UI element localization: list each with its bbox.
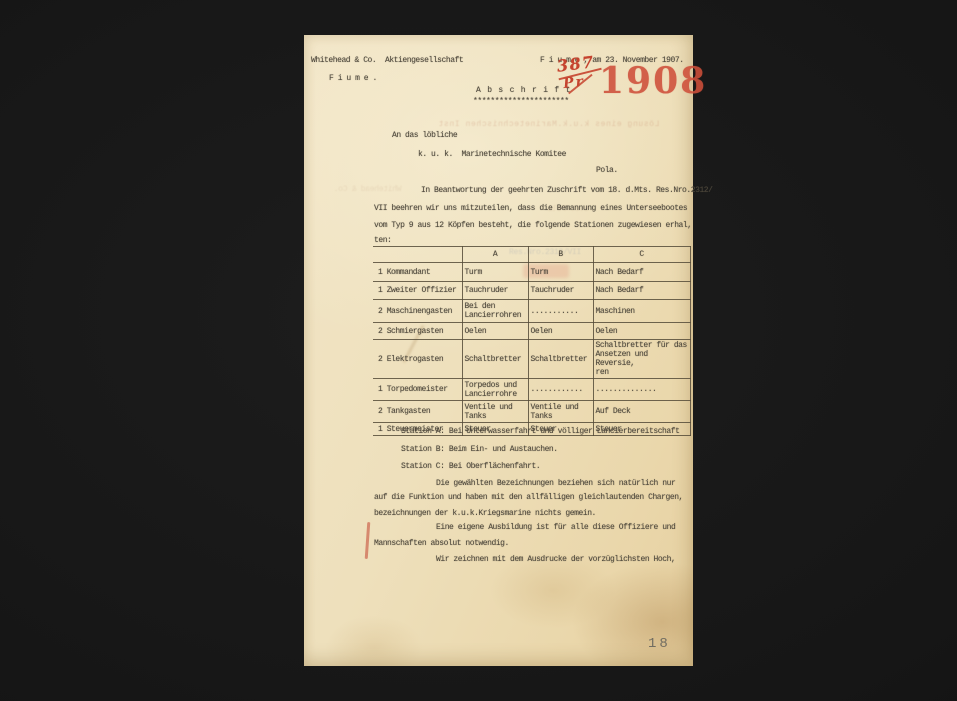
- cell-role: 2 Maschinengasten: [373, 300, 462, 323]
- closing-line: auf die Funktion und haben mit den allfä…: [374, 493, 683, 503]
- cell-a: Torpedos und Lancierrohre: [462, 379, 528, 401]
- station-legend-b: Station B: Beim Ein- und Austauchen.: [401, 445, 558, 455]
- recipient-line: k. u. k. Marinetechnische Komitee: [418, 150, 566, 160]
- crew-stations-table: A B C 1 Kommandant Turm Turm Nach Bedarf…: [373, 246, 691, 436]
- cell-c: ..............: [593, 379, 690, 401]
- table-row: 1 Zweiter Offizier Tauchruder Tauchruder…: [373, 282, 690, 300]
- body-line: vom Typ 9 aus 12 Köpfen besteht, die fol…: [374, 221, 692, 231]
- header-station-c: C: [593, 247, 690, 263]
- cell-b: Turm: [528, 263, 593, 282]
- cell-role: 1 Zweiter Offizier: [373, 282, 462, 300]
- registry-code: Pr: [562, 73, 603, 91]
- cell-c: Nach Bedarf: [593, 263, 690, 282]
- cell-a: Tauchruder: [462, 282, 528, 300]
- recipient-line: An das löbliche: [392, 131, 457, 141]
- table-header-row: A B C: [373, 247, 690, 263]
- body-line: VII beehren wir uns mitzuteilen, dass di…: [374, 204, 687, 214]
- station-legend-c: Station C: Bei Oberflächenfahrt.: [401, 462, 540, 472]
- closing-line: Mannschaften absolut notwendig.: [374, 539, 509, 549]
- company-name: Whitehead & Co. Aktiengesellschaft: [311, 56, 463, 66]
- red-margin-mark: [365, 522, 371, 559]
- closing-line: Eine eigene Ausbildung ist für alle dies…: [436, 523, 675, 533]
- cell-b: Ventile und Tanks: [528, 401, 593, 423]
- header-station-a: A: [462, 247, 528, 263]
- document-page: Whitehead & Co. Aktiengesellschaft F i u…: [304, 35, 693, 666]
- cell-a: Oelen: [462, 323, 528, 340]
- bleed-through-text: Lösung eines k.u.k.Marinetechnischen Ins…: [438, 120, 659, 130]
- cell-c: Schaltbretter für das Ansetzen und Rever…: [593, 340, 690, 379]
- cell-b: Oelen: [528, 323, 593, 340]
- closing-line: bezeichnungen der k.u.k.Kriegsmarine nic…: [374, 509, 596, 519]
- page-number: 18: [648, 637, 671, 651]
- cell-role: 1 Torpedomeister: [373, 379, 462, 401]
- cell-c: Nach Bedarf: [593, 282, 690, 300]
- cell-a: Schaltbretter: [462, 340, 528, 379]
- scanner-background: Whitehead & Co. Aktiengesellschaft F i u…: [0, 0, 957, 701]
- registry-annotation: 387 Pr: [556, 54, 604, 91]
- cell-b: Schaltbretter: [528, 340, 593, 379]
- table-row: 2 Schmiergasten Oelen Oelen Oelen: [373, 323, 690, 340]
- year-stamp: 1908: [599, 63, 707, 99]
- company-city: F i u m e .: [329, 74, 377, 84]
- cell-role: 2 Tankgasten: [373, 401, 462, 423]
- cell-c: Oelen: [593, 323, 690, 340]
- table-row: 1 Torpedomeister Torpedos und Lancierroh…: [373, 379, 690, 401]
- station-legend-a: Station A: Bei Unterwasserfahrt und völl…: [401, 427, 679, 437]
- copy-underline: **********************: [473, 97, 569, 107]
- bleed-through-text: Whitehead & Co.: [334, 185, 402, 195]
- cell-a: Ventile und Tanks: [462, 401, 528, 423]
- cell-a: Bei den Lancierrohren: [462, 300, 528, 323]
- table-row: 2 Maschinengasten Bei den Lancierrohren …: [373, 300, 690, 323]
- body-line: ten:: [374, 236, 391, 246]
- body-line: In Beantwortung der geehrten Zuschrift v…: [421, 186, 713, 196]
- cell-role: 2 Schmiergasten: [373, 323, 462, 340]
- cell-b: ............: [528, 379, 593, 401]
- cell-a: Turm: [462, 263, 528, 282]
- copy-label: A b s c h r i f t: [476, 86, 571, 96]
- cell-c: Maschinen: [593, 300, 690, 323]
- cell-role: 2 Elektrogasten: [373, 340, 462, 379]
- table-row: 2 Tankgasten Ventile und Tanks Ventile u…: [373, 401, 690, 423]
- header-station-b: B: [528, 247, 593, 263]
- cell-c: Auf Deck: [593, 401, 690, 423]
- header-empty: [373, 247, 462, 263]
- cell-b: ...........: [528, 300, 593, 323]
- table-row: 2 Elektrogasten Schaltbretter Schaltbret…: [373, 340, 690, 379]
- recipient-city: Pola.: [596, 166, 618, 176]
- cell-b: Tauchruder: [528, 282, 593, 300]
- cell-role: 1 Kommandant: [373, 263, 462, 282]
- closing-line: Wir zeichnen mit dem Ausdrucke der vorzü…: [436, 555, 675, 565]
- table-row: 1 Kommandant Turm Turm Nach Bedarf: [373, 263, 690, 282]
- closing-line: Die gewählten Bezeichnungen beziehen sic…: [436, 479, 675, 489]
